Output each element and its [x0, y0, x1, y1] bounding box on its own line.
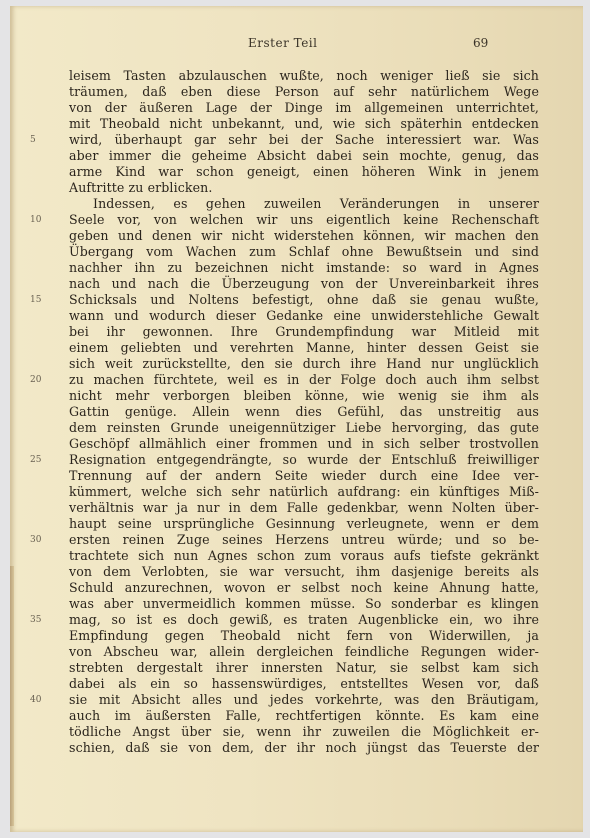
text-line: strebten dergestalt ihrer innersten Natu… — [10, 660, 583, 676]
line-text: nachher ihn zu bezeichnen nicht imstande… — [69, 260, 539, 276]
line-text: wird, überhaupt gar sehr bei der Sache i… — [69, 132, 539, 148]
line-text: von der äußeren Lage der Dinge im allgem… — [69, 100, 539, 116]
text-line: nicht mehr verborgen bleiben könne, wie … — [10, 388, 583, 404]
text-line: was aber unvermeidlich kommen müsse. So … — [10, 596, 583, 612]
text-line: haupt seine ursprüngliche Gesinnung verl… — [10, 516, 583, 532]
book-page: Erster Teil 69 leisem Tasten abzulausche… — [10, 6, 583, 832]
text-line: bei ihr gewonnen. Ihre Grundempfindung w… — [10, 324, 583, 340]
text-line: kümmert, welche sich sehr natürlich aufd… — [10, 484, 583, 500]
text-line: von der äußeren Lage der Dinge im allgem… — [10, 100, 583, 116]
text-line: 5wird, überhaupt gar sehr bei der Sache … — [10, 132, 583, 148]
line-number: 15 — [30, 292, 48, 308]
text-line: trachtete sich nun Agnes schon zum vorau… — [10, 548, 583, 564]
line-text: träumen, daß eben diese Person auf sehr … — [69, 84, 539, 100]
line-text: leisem Tasten abzulauschen wußte, noch w… — [69, 68, 539, 84]
running-head: Erster Teil 69 — [10, 36, 583, 56]
running-title: Erster Teil — [248, 36, 317, 50]
text-line: arme Kind war schon geneigt, einen höher… — [10, 164, 583, 180]
line-text: kümmert, welche sich sehr natürlich aufd… — [69, 484, 539, 500]
line-number: 40 — [30, 692, 48, 708]
line-text: trachtete sich nun Agnes schon zum vorau… — [69, 548, 539, 564]
line-text: von dem Verlobten, sie war versucht, ihm… — [69, 564, 539, 580]
line-text: Geschöpf allmählich einer frommen und in… — [69, 436, 539, 452]
line-text: ersten reinen Zuge seines Herzens untreu… — [69, 532, 539, 548]
text-line: nachher ihn zu bezeichnen nicht imstande… — [10, 260, 583, 276]
line-number: 10 — [30, 212, 48, 228]
text-line: 20zu machen fürchtete, weil es in der Fo… — [10, 372, 583, 388]
text-line: dem reinsten Grunde uneigennütziger Lieb… — [10, 420, 583, 436]
line-text: mag, so ist es doch gewiß, es traten Aug… — [69, 612, 539, 628]
line-text: dabei als ein so hassenswürdiges, entste… — [69, 676, 539, 692]
text-line: 10Seele vor, von welchen wir uns eigentl… — [10, 212, 583, 228]
text-line: aber immer die geheime Absicht dabei sei… — [10, 148, 583, 164]
line-text: Gattin genüge. Allein wenn dies Gefühl, … — [69, 404, 539, 420]
text-line: 40sie mit Absicht alles und jedes vorkeh… — [10, 692, 583, 708]
line-text: mit Theobald nicht unbekannt, und, wie s… — [69, 116, 539, 132]
text-line: 35mag, so ist es doch gewiß, es traten A… — [10, 612, 583, 628]
line-number: 30 — [30, 532, 48, 548]
text-line: Übergang vom Wachen zum Schlaf ohne Bewu… — [10, 244, 583, 260]
line-text: von Abscheu war, allein dergleichen fein… — [69, 644, 539, 660]
line-number: 25 — [30, 452, 48, 468]
text-line: mit Theobald nicht unbekannt, und, wie s… — [10, 116, 583, 132]
text-line: träumen, daß eben diese Person auf sehr … — [10, 84, 583, 100]
line-text: einem geliebten und verehrten Manne, hin… — [69, 340, 539, 356]
line-text: bei ihr gewonnen. Ihre Grundempfindung w… — [69, 324, 539, 340]
line-text: Resignation entgegendrängte, so wurde de… — [69, 452, 539, 468]
text-line: nach und nach die Überzeugung von der Un… — [10, 276, 583, 292]
text-line: sich weit zurückstellte, den sie durch i… — [10, 356, 583, 372]
line-text: haupt seine ursprüngliche Gesinnung verl… — [69, 516, 539, 532]
text-line: auch im äußersten Falle, rechtfertigen k… — [10, 708, 583, 724]
line-text: strebten dergestalt ihrer innersten Natu… — [69, 660, 539, 676]
line-text: sie mit Absicht alles und jedes vorkehrt… — [69, 692, 539, 708]
text-line: Gattin genüge. Allein wenn dies Gefühl, … — [10, 404, 583, 420]
line-number: 5 — [30, 132, 48, 148]
line-text: Indessen, es gehen zuweilen Veränderunge… — [93, 196, 539, 212]
line-text: wann und wodurch dieser Gedanke eine unw… — [69, 308, 539, 324]
text-line: geben und denen wir nicht widerstehen kö… — [10, 228, 583, 244]
line-text: aber immer die geheime Absicht dabei sei… — [69, 148, 539, 164]
line-text: Auftritte zu erblicken. — [69, 180, 539, 196]
text-line: 30ersten reinen Zuge seines Herzens untr… — [10, 532, 583, 548]
line-text: schien, daß sie von dem, der ihr noch jü… — [69, 740, 539, 756]
line-text: Seele vor, von welchen wir uns eigentlic… — [69, 212, 539, 228]
line-text: auch im äußersten Falle, rechtfertigen k… — [69, 708, 539, 724]
line-text: Übergang vom Wachen zum Schlaf ohne Bewu… — [69, 244, 539, 260]
text-line: Trennung auf der andern Seite wieder dur… — [10, 468, 583, 484]
text-line: von Abscheu war, allein dergleichen fein… — [10, 644, 583, 660]
text-line: Indessen, es gehen zuweilen Veränderunge… — [10, 196, 583, 212]
text-line: einem geliebten und verehrten Manne, hin… — [10, 340, 583, 356]
text-line: 25Resignation entgegendrängte, so wurde … — [10, 452, 583, 468]
line-text: tödliche Angst über sie, wenn ihr zuweil… — [69, 724, 539, 740]
text-line: 15Schicksals und Noltens befestigt, ohne… — [10, 292, 583, 308]
line-text: zu machen fürchtete, weil es in der Folg… — [69, 372, 539, 388]
text-line: wann und wodurch dieser Gedanke eine unw… — [10, 308, 583, 324]
line-number: 35 — [30, 612, 48, 628]
line-text: nicht mehr verborgen bleiben könne, wie … — [69, 388, 539, 404]
line-text: Schicksals und Noltens befestigt, ohne d… — [69, 292, 539, 308]
text-line: Geschöpf allmählich einer frommen und in… — [10, 436, 583, 452]
text-line: tödliche Angst über sie, wenn ihr zuweil… — [10, 724, 583, 740]
text-line: verhältnis war ja nur in dem Falle geden… — [10, 500, 583, 516]
text-line: Empfindung gegen Theobald nicht fern von… — [10, 628, 583, 644]
body-text: leisem Tasten abzulauschen wußte, noch w… — [10, 68, 583, 756]
line-number: 20 — [30, 372, 48, 388]
page-number: 69 — [473, 36, 488, 50]
text-line: schien, daß sie von dem, der ihr noch jü… — [10, 740, 583, 756]
line-text: geben und denen wir nicht widerstehen kö… — [69, 228, 539, 244]
text-line: von dem Verlobten, sie war versucht, ihm… — [10, 564, 583, 580]
line-text: was aber unvermeidlich kommen müsse. So … — [69, 596, 539, 612]
line-text: verhältnis war ja nur in dem Falle geden… — [69, 500, 539, 516]
line-text: arme Kind war schon geneigt, einen höher… — [69, 164, 539, 180]
line-text: Trennung auf der andern Seite wieder dur… — [69, 468, 539, 484]
line-text: nach und nach die Überzeugung von der Un… — [69, 276, 539, 292]
line-text: Empfindung gegen Theobald nicht fern von… — [69, 628, 539, 644]
text-line: Auftritte zu erblicken. — [10, 180, 583, 196]
text-line: dabei als ein so hassenswürdiges, entste… — [10, 676, 583, 692]
line-text: Schuld anzurechnen, wovon er selbst noch… — [69, 580, 539, 596]
text-line: leisem Tasten abzulauschen wußte, noch w… — [10, 68, 583, 84]
line-text: sich weit zurückstellte, den sie durch i… — [69, 356, 539, 372]
line-text: dem reinsten Grunde uneigennütziger Lieb… — [69, 420, 539, 436]
text-line: Schuld anzurechnen, wovon er selbst noch… — [10, 580, 583, 596]
